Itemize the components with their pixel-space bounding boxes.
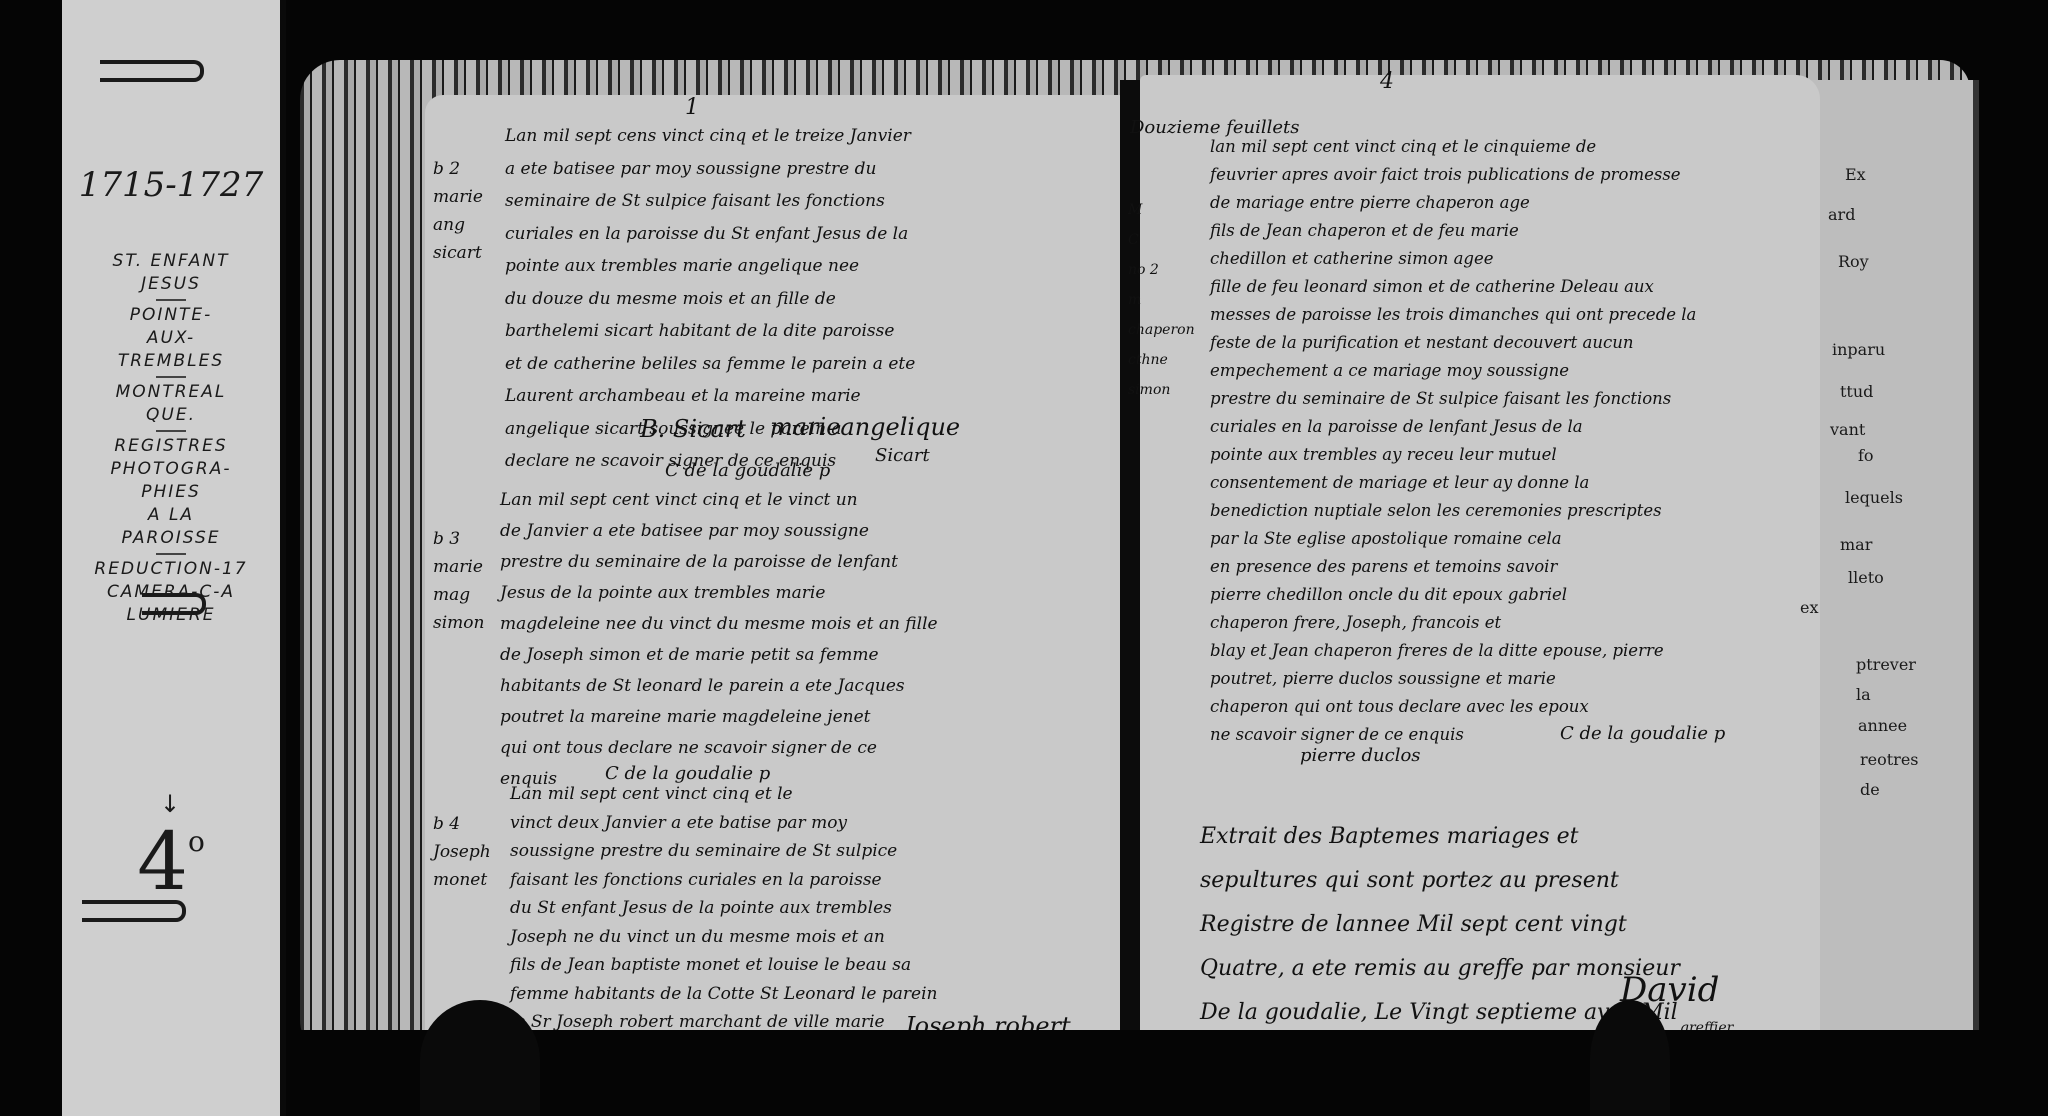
entry-line: chaperon frere, Joseph, francois et bbox=[1210, 609, 1696, 637]
entry-line: a ete batisee par moy soussigne prestre … bbox=[505, 153, 915, 186]
entry-line: lan mil sept cent vinct cinq et le cinqu… bbox=[1210, 133, 1696, 161]
extract-line: Extrait des Baptemes mariages et bbox=[1200, 815, 1680, 859]
entry-line: et de catherine beliles sa femme le pare… bbox=[505, 348, 915, 381]
label-line: REGISTRES bbox=[62, 435, 280, 458]
label-line: MONTREAL bbox=[62, 381, 280, 404]
entry-line: prestre du seminaire de St sulpice faisa… bbox=[1210, 385, 1696, 413]
label-separator bbox=[156, 299, 186, 301]
label-line: POINTE- bbox=[62, 304, 280, 327]
edge-fragment: inparu bbox=[1832, 340, 1885, 359]
entry-line: barthelemi sicart habitant de la dite pa… bbox=[505, 315, 915, 348]
entry-line: soussigne prestre du seminaire de St sul… bbox=[510, 837, 937, 866]
label-separator bbox=[156, 376, 186, 378]
edge-fragment: de bbox=[1860, 780, 1880, 799]
edge-fragment: ard bbox=[1828, 205, 1855, 224]
label-line: PAROISSE bbox=[62, 527, 280, 550]
paper-clip-top bbox=[100, 60, 204, 82]
label-line: A LA bbox=[62, 504, 280, 527]
entry-line: femme habitants de la Cotte St Leonard l… bbox=[510, 980, 937, 1009]
entry-line: pointe aux trembles marie angelique nee bbox=[505, 250, 915, 283]
label-line: AUX- bbox=[62, 327, 280, 350]
label-years: 1715-1727 bbox=[62, 165, 280, 205]
entry-line: chedillon et catherine simon agee bbox=[1210, 245, 1696, 273]
entry-line: de Joseph simon et de marie petit sa fem… bbox=[500, 640, 938, 671]
margin-line: simon bbox=[1128, 375, 1195, 405]
entry-line: poutret, pierre duclos soussigne et mari… bbox=[1210, 665, 1696, 693]
entry-line: Laurent archambeau et la mareine marie bbox=[505, 380, 915, 413]
label-line: QUE. bbox=[62, 404, 280, 427]
entry-line: en presence des parens et temoins savoir bbox=[1210, 553, 1696, 581]
entry-line: Joseph ne du vinct un du mesme mois et a… bbox=[510, 923, 937, 952]
margin-line: m bbox=[1128, 285, 1195, 315]
margin-line: b 2 bbox=[433, 155, 483, 183]
left-folio-number: 1 bbox=[685, 95, 699, 120]
entry-line: fils de Jean chaperon et de feu marie bbox=[1210, 217, 1696, 245]
margin-note-entry-3: b 4 Joseph monet bbox=[433, 810, 491, 894]
book-bottom-shadow bbox=[300, 1030, 2000, 1116]
entry-line: poutret la mareine marie magdeleine jene… bbox=[500, 702, 938, 733]
entry-line: Lan mil sept cent vinct cinq et le vinct… bbox=[500, 485, 938, 516]
thumb-holding-right-page bbox=[1590, 1000, 1670, 1116]
entry-line: consentement de mariage et leur ay donne… bbox=[1210, 469, 1696, 497]
entry-line: du douze du mesme mois et an fille de bbox=[505, 283, 915, 316]
margin-line: b 3 bbox=[433, 525, 484, 553]
entry-line: empechement a ce mariage moy soussigne bbox=[1210, 357, 1696, 385]
signature-pierre-duclos: pierre duclos bbox=[1300, 745, 1421, 766]
down-arrow-icon: ↓ bbox=[62, 790, 280, 818]
margin-line: monet bbox=[433, 866, 491, 894]
label-separator bbox=[156, 553, 186, 555]
archive-label-strip: 1715-1727 ST. ENFANT JESUS POINTE- AUX- … bbox=[62, 0, 286, 1116]
entry-line: de mariage entre pierre chaperon age bbox=[1210, 189, 1696, 217]
extract-line: Registre de lannee Mil sept cent vingt bbox=[1200, 903, 1680, 947]
label-line: TREMBLES bbox=[62, 350, 280, 373]
edge-fragment: ex bbox=[1800, 598, 1819, 617]
right-folio-number: 4 bbox=[1380, 69, 1394, 94]
label-separator bbox=[156, 430, 186, 432]
left-page: 1 b 2 marie ang sicart Lan mil sept cens… bbox=[425, 95, 1125, 1030]
entry-line: du St enfant Jesus de la pointe aux trem… bbox=[510, 894, 937, 923]
margin-line: marie bbox=[433, 183, 483, 211]
label-line: CAMERA-C-A bbox=[62, 581, 280, 604]
entry-line: qui ont tous declare ne scavoir signer d… bbox=[500, 733, 938, 764]
signature-marieangelique: marieangelique bbox=[770, 413, 960, 441]
label-lines: ST. ENFANT JESUS POINTE- AUX- TREMBLES M… bbox=[62, 250, 280, 627]
label-line: LUMIERE bbox=[62, 604, 280, 627]
margin-line: M bbox=[1128, 195, 1195, 225]
right-page: 4 Douzieme feuillets M C no 2 m chaperon… bbox=[1140, 75, 1820, 1060]
edge-fragment: vant bbox=[1830, 420, 1865, 439]
entry-line: faisant les fonctions curiales en la par… bbox=[510, 866, 937, 895]
entry-line: benediction nuptiale selon les ceremonie… bbox=[1210, 497, 1696, 525]
entry-line: curiales en la paroisse de lenfant Jesus… bbox=[1210, 413, 1696, 441]
priest-signature: C de la goudalie p bbox=[1560, 723, 1725, 744]
baptism-entry-2: Lan mil sept cent vinct cinq et le vinct… bbox=[500, 485, 938, 795]
entry-line: de Janvier a ete batisee par moy soussig… bbox=[500, 516, 938, 547]
margin-line: ang bbox=[433, 211, 483, 239]
volume-number: 4o bbox=[62, 815, 280, 908]
edge-fragment: lleto bbox=[1848, 568, 1884, 587]
edge-fragment: reotres bbox=[1860, 750, 1919, 769]
edge-fragment: Ex bbox=[1845, 165, 1866, 184]
margin-line: C bbox=[1128, 225, 1195, 255]
margin-line: sicart bbox=[433, 239, 483, 267]
edge-fragment: fo bbox=[1858, 446, 1874, 465]
entry-line: vinct deux Janvier a ete batise par moy bbox=[510, 809, 937, 838]
entry-line: feuvrier apres avoir faict trois publica… bbox=[1210, 161, 1696, 189]
volume-ordinal: o bbox=[188, 825, 205, 858]
volume-value: 4 bbox=[137, 815, 188, 908]
marriage-margin-note: M C no 2 m chaperon cthne simon bbox=[1128, 195, 1195, 405]
entry-line: fils de Jean baptiste monet et louise le… bbox=[510, 951, 937, 980]
edge-fragment: ttud bbox=[1840, 382, 1873, 401]
edge-fragment: la bbox=[1856, 685, 1871, 704]
margin-line: chaperon bbox=[1128, 315, 1195, 345]
entry-line: seminaire de St sulpice faisant les fonc… bbox=[505, 185, 915, 218]
next-page-edge bbox=[1800, 80, 1979, 1070]
entry-line: Jesus de la pointe aux trembles marie bbox=[500, 578, 938, 609]
margin-note-entry-1: b 2 marie ang sicart bbox=[433, 155, 483, 267]
thumb-holding-left-page bbox=[420, 1000, 540, 1116]
signature-sicart: Sicart bbox=[875, 445, 930, 466]
entry-line: chaperon qui ont tous declare avec les e… bbox=[1210, 693, 1696, 721]
extract-line: sepultures qui sont portez au present bbox=[1200, 859, 1680, 903]
label-line: JESUS bbox=[62, 273, 280, 296]
entry-line: blay et Jean chaperon freres de la ditte… bbox=[1210, 637, 1696, 665]
entry-line: messes de paroisse les trois dimanches q… bbox=[1210, 301, 1696, 329]
entry-line: habitants de St leonard le parein a ete … bbox=[500, 671, 938, 702]
extract-line: Quatre, a ete remis au greffe par monsie… bbox=[1200, 947, 1680, 991]
margin-note-entry-2: b 3 marie mag simon bbox=[433, 525, 484, 637]
entry-line: pierre chedillon oncle du dit epoux gabr… bbox=[1210, 581, 1696, 609]
margin-line: cthne bbox=[1128, 345, 1195, 375]
entry-line: par la Ste eglise apostolique romaine ce… bbox=[1210, 525, 1696, 553]
margin-line: marie bbox=[433, 553, 484, 581]
signature-b-sicart: B. Sicart bbox=[640, 415, 746, 443]
entry-line: prestre du seminaire de la paroisse de l… bbox=[500, 547, 938, 578]
entry-line: Lan mil sept cens vinct cinq et le treiz… bbox=[505, 120, 915, 153]
margin-line: simon bbox=[433, 609, 484, 637]
edge-fragment: mar bbox=[1840, 535, 1872, 554]
edge-fragment: annee bbox=[1858, 716, 1907, 735]
label-line: ST. ENFANT bbox=[62, 250, 280, 273]
entry-line: fille de feu leonard simon et de catheri… bbox=[1210, 273, 1696, 301]
entry-line: feste de la purification et nestant deco… bbox=[1210, 329, 1696, 357]
edge-fragment: Roy bbox=[1838, 252, 1869, 271]
label-line: REDUCTION-17 bbox=[62, 558, 280, 581]
marriage-entry: lan mil sept cent vinct cinq et le cinqu… bbox=[1210, 133, 1696, 749]
edge-fragment: ptrever bbox=[1856, 655, 1916, 674]
margin-line: mag bbox=[433, 581, 484, 609]
entry-line: Lan mil sept cent vinct cinq et le bbox=[510, 780, 937, 809]
margin-line: b 4 bbox=[433, 810, 491, 838]
entry-line: curiales en la paroisse du St enfant Jes… bbox=[505, 218, 915, 251]
entry-line: magdeleine nee du vinct du mesme mois et… bbox=[500, 609, 938, 640]
priest-signature: C de la goudalie p bbox=[665, 460, 830, 481]
label-line: PHIES bbox=[62, 481, 280, 504]
margin-line: no 2 bbox=[1128, 255, 1195, 285]
edge-fragment: lequels bbox=[1845, 488, 1903, 507]
label-line: PHOTOGRA- bbox=[62, 458, 280, 481]
margin-line: Joseph bbox=[433, 838, 491, 866]
entry-line: pointe aux trembles ay receu leur mutuel bbox=[1210, 441, 1696, 469]
